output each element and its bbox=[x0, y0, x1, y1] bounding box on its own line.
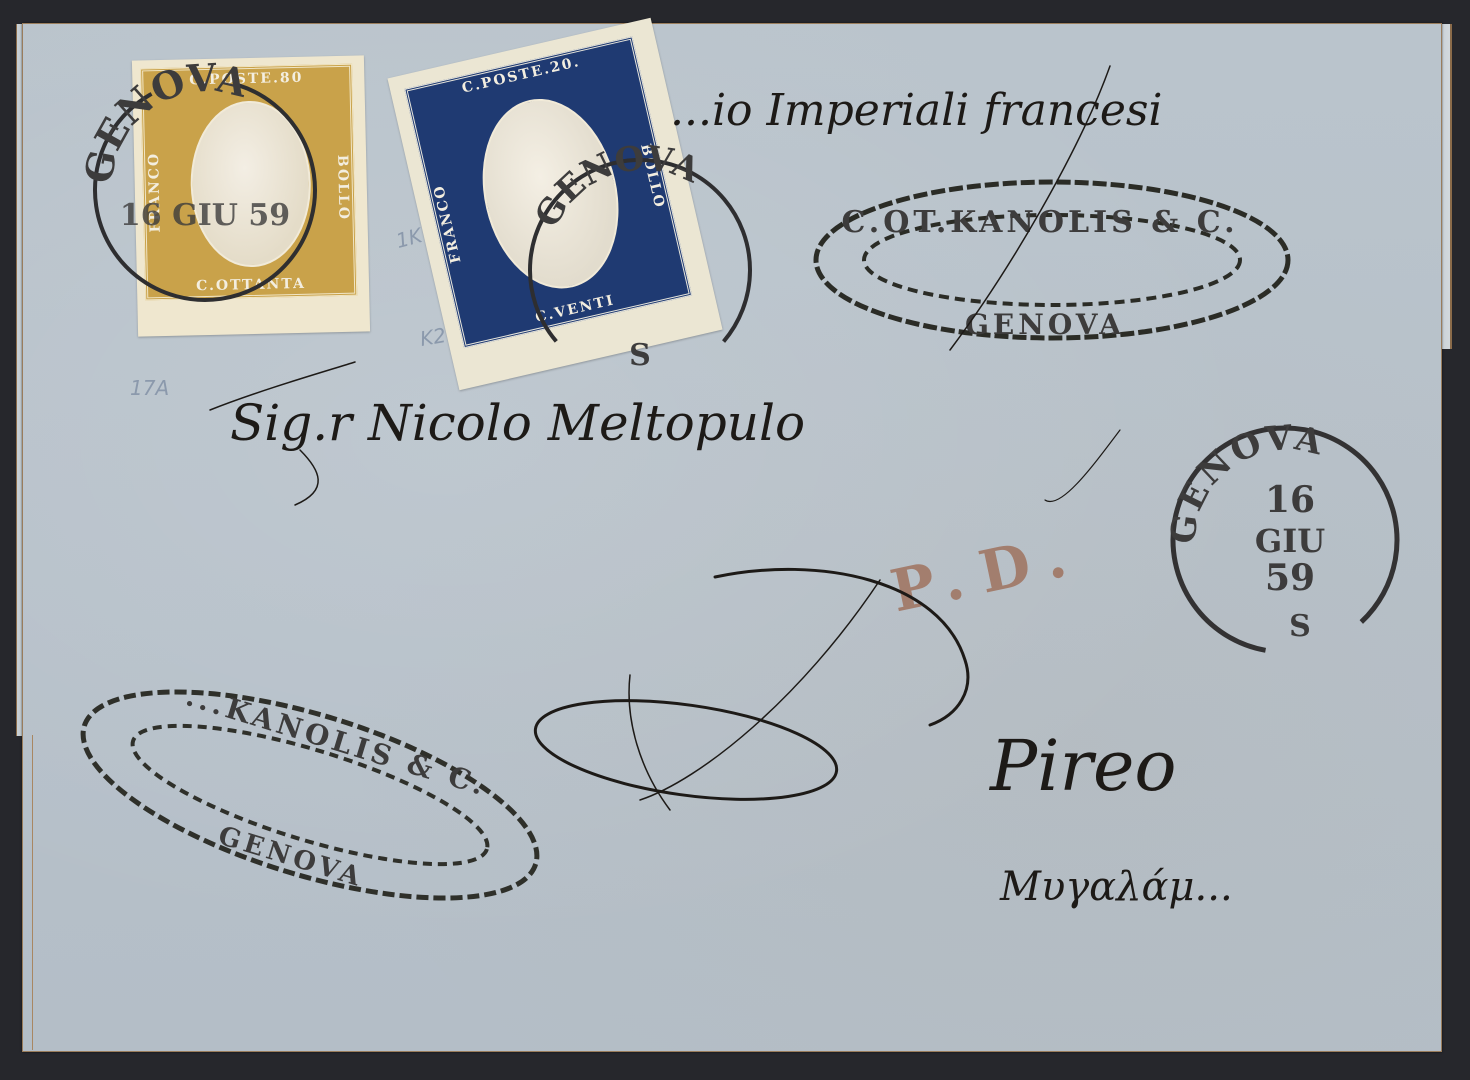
addressee-line: Sig.r Nicolo Meltopulo bbox=[230, 394, 805, 452]
svg-text:GENOVA: GENOVA bbox=[527, 138, 706, 234]
svg-text:S: S bbox=[629, 338, 651, 373]
oval-cachet-top-right: C.OT.KANOLIS & C. GENOVA bbox=[816, 182, 1288, 341]
svg-text:59: 59 bbox=[1265, 557, 1315, 599]
svg-text:GIU: GIU bbox=[1255, 522, 1325, 560]
svg-text:S: S bbox=[1289, 609, 1311, 644]
routing-inscription: ...io Imperiali francesi bbox=[670, 85, 1163, 136]
svg-text:16: 16 bbox=[1265, 479, 1315, 521]
genova-postmark-main: GENOVA 16 GIU 59 S bbox=[1155, 410, 1414, 669]
greek-note: Μυγαλάμ... bbox=[999, 864, 1233, 910]
genova-postmark-on-blue: GENOVA S bbox=[485, 115, 795, 425]
svg-text:GENOVA: GENOVA bbox=[75, 54, 252, 186]
oval-cachet-bottom-left: ...KANOLIS & C. GENOVA bbox=[61, 649, 559, 940]
svg-text:GENOVA: GENOVA bbox=[965, 308, 1125, 341]
svg-text:16 GIU 59: 16 GIU 59 bbox=[120, 198, 290, 233]
svg-text:...KANOLIS & C.: ...KANOLIS & C. bbox=[182, 679, 491, 802]
genova-postmark-on-yellow: GENOVA 16 GIU 59 bbox=[55, 40, 356, 341]
ink-overlay: GENOVA 16 GIU 59 GENOVA S GENOVA 16 GIU … bbox=[0, 0, 1470, 1080]
destination-pireo: Pireo bbox=[988, 725, 1177, 807]
